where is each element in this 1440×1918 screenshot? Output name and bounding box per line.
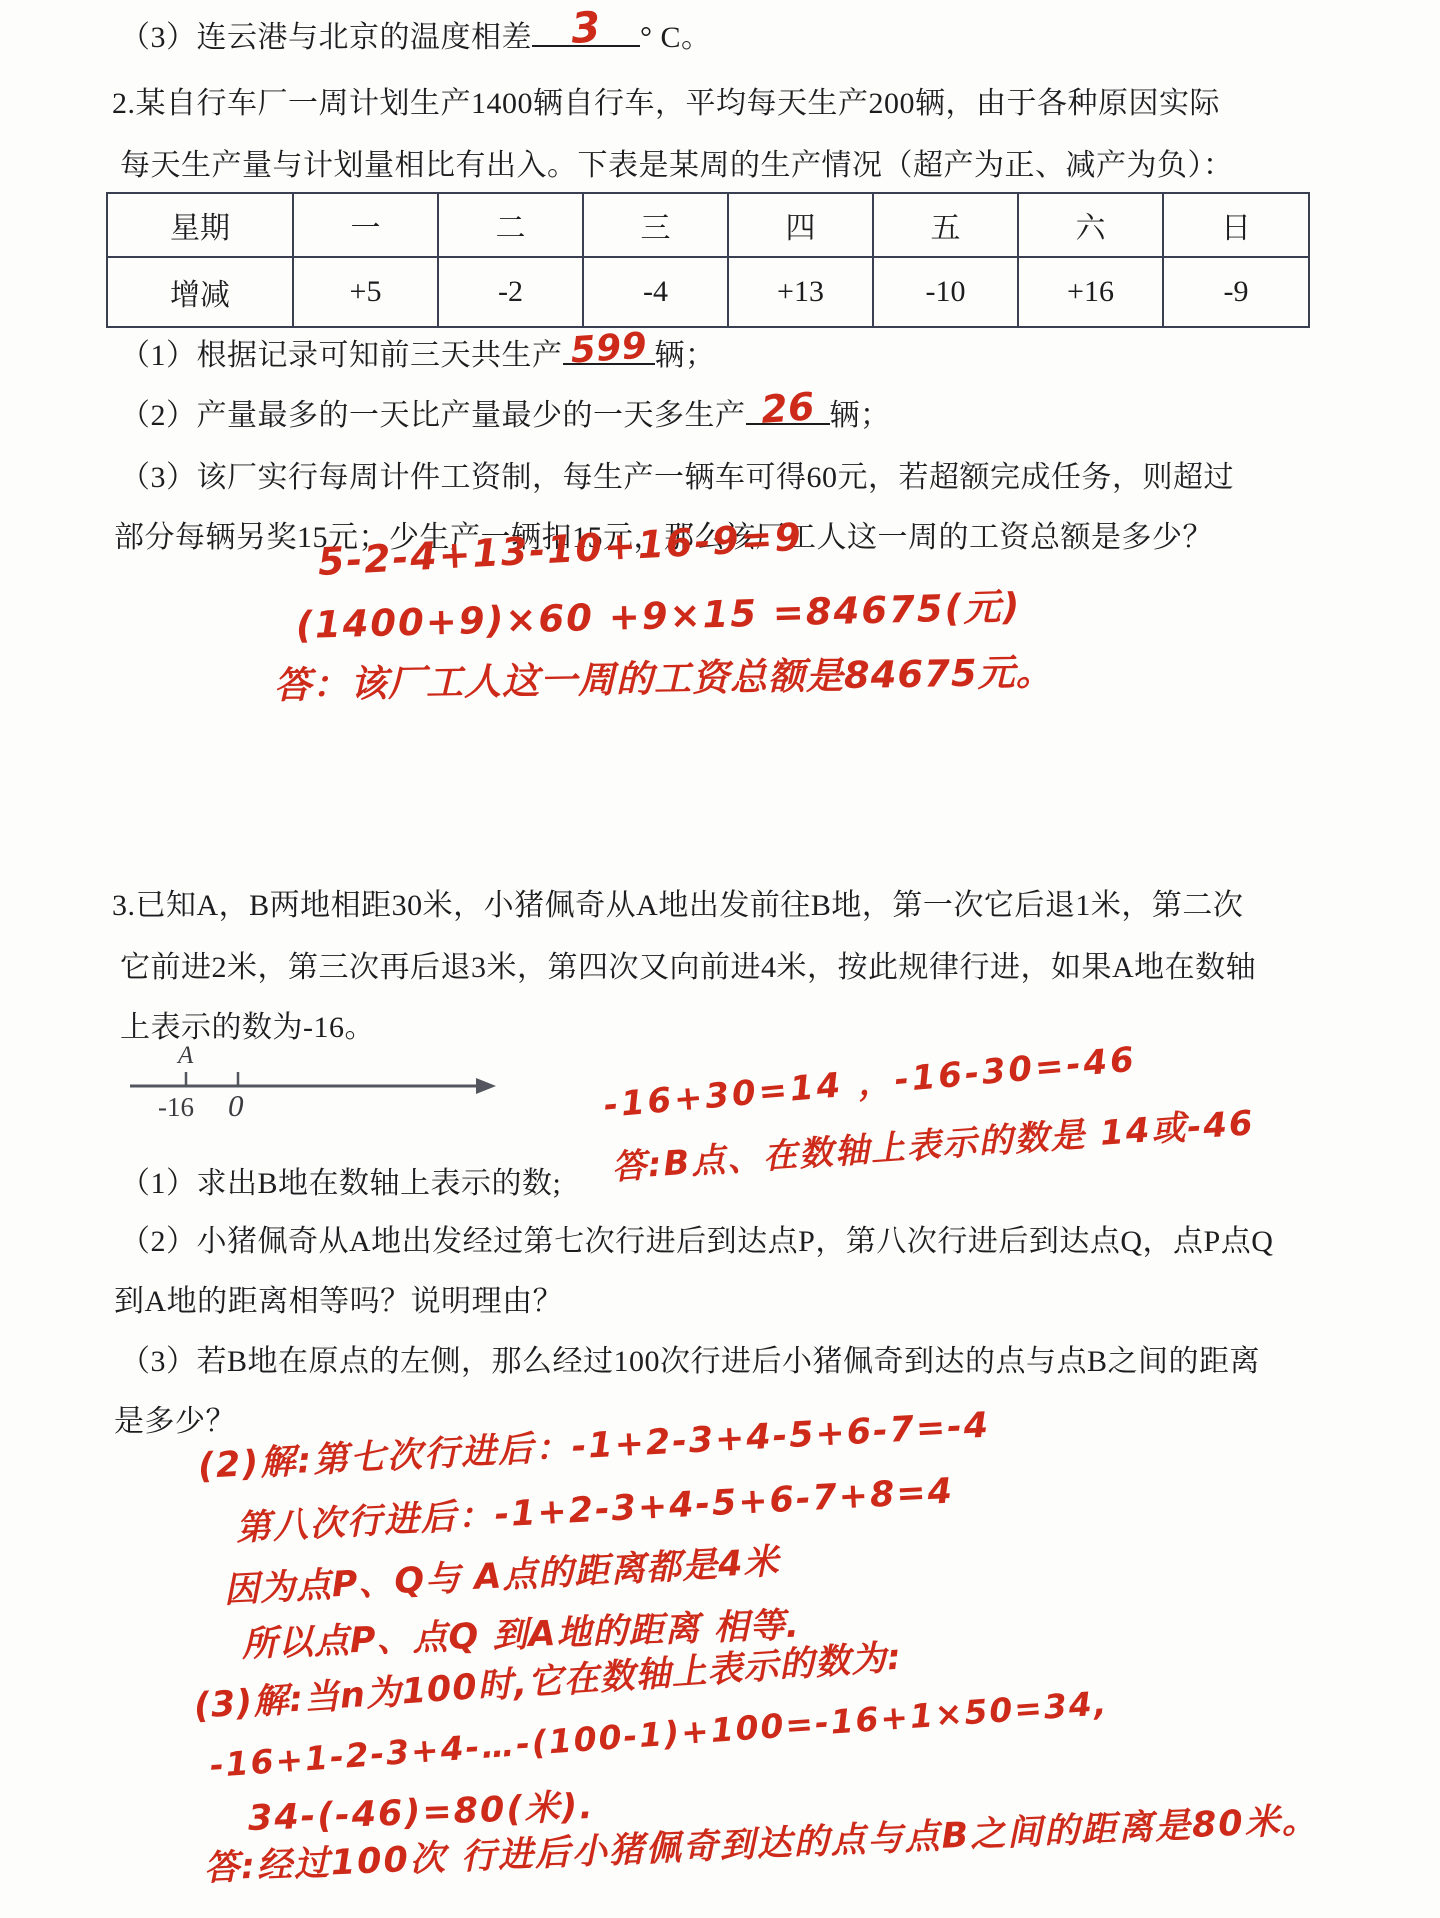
q3-solution-line1: (2)解:第七次行进后：-1+2-3+4-5+6-7=-4 bbox=[197, 1407, 991, 1487]
q2-intro-line2: 每天生产量与计划量相比有出入。下表是某周的生产情况（超产为正、减产为负）： bbox=[120, 140, 1234, 184]
q1-part3-answer: 3 bbox=[570, 6, 603, 50]
q2-part2-answer: 26 bbox=[759, 387, 815, 429]
q2-part2-blank: 26 bbox=[746, 395, 830, 426]
number-line-point-A-label: A bbox=[178, 1042, 193, 1070]
q2-part1-blank: 599 bbox=[563, 335, 655, 366]
table-value-cell: -4 bbox=[583, 257, 728, 327]
q2-part3-line1: （3）该厂实行每周计件工资制，每生产一辆车可得60元，若超额完成任务，则超过 bbox=[120, 452, 1234, 496]
table-value-cell: -9 bbox=[1163, 257, 1309, 327]
table-value-cell: +5 bbox=[293, 257, 438, 327]
production-table: 星期 一 二 三 四 五 六 日 增减 +5 -2 -4 +13 -10 +16… bbox=[106, 192, 1310, 328]
table-value-cell: +16 bbox=[1018, 257, 1163, 327]
table-header-row: 星期 一 二 三 四 五 六 日 bbox=[107, 193, 1309, 257]
table-header-cell: 星期 bbox=[107, 193, 293, 257]
q3-work-calc: -16+30=14 ，-16-30=-46 bbox=[602, 1041, 1138, 1125]
q2-work-answer: 答：该厂工人这一周的工资总额是84675元。 bbox=[274, 652, 1054, 706]
q3-solution-line7: 34-(-46)=80(米). bbox=[247, 1788, 595, 1839]
table-header-cell: 日 bbox=[1163, 193, 1309, 257]
q2-part1-line: （1）根据记录可知前三天共生产599辆； bbox=[120, 330, 716, 374]
q2-part2-line: （2）产量最多的一天比产量最少的一天多生产26辆； bbox=[120, 390, 891, 434]
table-value-cell: -10 bbox=[873, 257, 1018, 327]
q3-part3-line1: （3）若B地在原点的左侧，那么经过100次行进后小猪佩奇到达的点与点B之间的距离 bbox=[120, 1336, 1260, 1380]
table-value-row: 增减 +5 -2 -4 +13 -10 +16 -9 bbox=[107, 257, 1309, 327]
q3-intro-line3: 上表示的数为-16。 bbox=[120, 1002, 375, 1046]
number-line-figure: A -16 0 bbox=[128, 1042, 508, 1128]
q3-solution-line2: 第八次行进后：-1+2-3+4-5+6-7+8=4 bbox=[235, 1472, 955, 1548]
q1-part3-blank: 3 bbox=[532, 17, 640, 48]
table-header-cell: 一 bbox=[293, 193, 438, 257]
number-line-minus16-label: -16 bbox=[158, 1092, 194, 1123]
q2-part1-text: （1）根据记录可知前三天共生产 bbox=[120, 339, 563, 372]
q1-part3-line: （3）连云港与北京的温度相差3° C。 bbox=[120, 12, 712, 56]
number-line-zero-label: 0 bbox=[228, 1088, 244, 1124]
q2-part2-text: （2）产量最多的一天比产量最少的一天多生产 bbox=[120, 399, 746, 432]
q3-part3-line2: 是多少？ bbox=[114, 1396, 236, 1440]
q2-part1-answer: 599 bbox=[569, 328, 648, 369]
worksheet-page: （3）连云港与北京的温度相差3° C。 2.某自行车厂一周计划生产1400辆自行… bbox=[0, 0, 1440, 1918]
q3-part2-line2: 到A地的距离相等吗？说明理由？ bbox=[114, 1276, 563, 1320]
q1-part3-suffix: ° C。 bbox=[640, 21, 712, 54]
q2-part2-suffix: 辆； bbox=[830, 399, 891, 432]
q3-intro-line1: 3.已知A，B两地相距30米，小猪佩奇从A地出发前往B地，第一次它后退1米，第二… bbox=[112, 880, 1243, 924]
q3-part2-line1: （2）小猪佩奇从A地出发经过第七次行进后到达点P，第八次行进后到达点Q，点P点Q bbox=[120, 1216, 1273, 1260]
table-row-label: 增减 bbox=[107, 257, 293, 327]
q2-part1-suffix: 辆； bbox=[655, 339, 716, 372]
q3-intro-line2: 它前进2米，第三次再后退3米，第四次又向前进4米，按此规律行进，如果A地在数轴 bbox=[120, 942, 1256, 986]
q3-part1-line: （1）求出B地在数轴上表示的数; bbox=[120, 1158, 561, 1202]
table-value-cell: -2 bbox=[438, 257, 583, 327]
table-header-cell: 四 bbox=[728, 193, 873, 257]
q2-work-eq2: (1400+9)×60 +9×15 =84675(元) bbox=[295, 587, 1021, 647]
q1-part3-text: （3）连云港与北京的温度相差 bbox=[120, 21, 532, 54]
table-header-cell: 三 bbox=[583, 193, 728, 257]
table-header-cell: 二 bbox=[438, 193, 583, 257]
q3-part1-answer: 答:B点、在数轴上表示的数是 14或-46 bbox=[611, 1105, 1256, 1187]
table-value-cell: +13 bbox=[728, 257, 873, 327]
q2-intro-line1: 2.某自行车厂一周计划生产1400辆自行车，平均每天生产200辆，由于各种原因实… bbox=[112, 78, 1220, 122]
q3-solution-line3: 因为点P、Q与 A点的距离都是4米 bbox=[223, 1543, 780, 1611]
table-header-cell: 五 bbox=[873, 193, 1018, 257]
table-header-cell: 六 bbox=[1018, 193, 1163, 257]
